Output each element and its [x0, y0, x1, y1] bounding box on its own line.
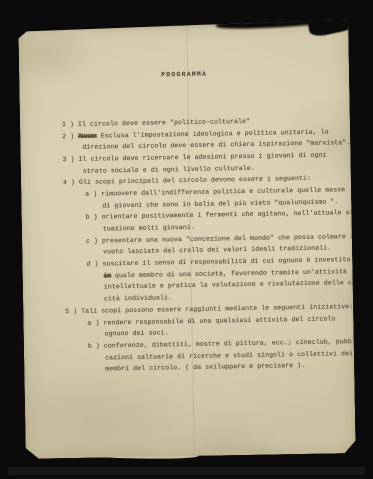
top-edge-mark — [132, 22, 147, 26]
document-title: PROGRAMMA — [19, 67, 349, 85]
top-edge-smudge — [216, 15, 332, 30]
text-segment: tuazione molti giovani. — [103, 224, 195, 233]
text-segment: cità individuali. — [104, 294, 172, 302]
document-page: PROGRAMMA 1 ) Il circolo deve essere "po… — [18, 20, 356, 459]
typewritten-text: PROGRAMMA 1 ) Il circolo deve essere "po… — [19, 43, 355, 400]
mat-edge-highlight — [8, 467, 365, 475]
document-lines: 1 ) Il circolo deve essere "politico-cul… — [20, 114, 354, 377]
text-segment: strato sociale e di ogni livello cultura… — [83, 164, 255, 174]
text-segment: ognuno dei soci. — [105, 330, 169, 338]
text-segment: b ) orientare positivamente i fermenti c… — [86, 209, 358, 221]
top-edge-mark — [80, 23, 91, 27]
text-segment: intellettuale e pratica la valutazione e… — [104, 279, 368, 291]
top-right-corner-shadow — [307, 9, 358, 39]
text-segment: 1 ) Il circolo deve essere "politico-cul… — [62, 118, 250, 128]
text-segment: membri del circolo. ( da sviluppare e pr… — [105, 362, 305, 372]
text-segment: 2 ) — [62, 132, 78, 139]
text-segment: 3 ) Il circolo deve ricercare le adesion… — [63, 151, 327, 163]
scanned-photo-background: { "scene": { "background_color": "#0b0b0… — [0, 0, 373, 479]
struck-word: Xxxxx — [78, 132, 97, 139]
text-segment: cazioni saltuarie di ricerche e studi si… — [105, 350, 353, 361]
text-segment: a ) rendere responsabile di una qualsias… — [87, 315, 335, 326]
top-edge-mark — [178, 22, 187, 25]
